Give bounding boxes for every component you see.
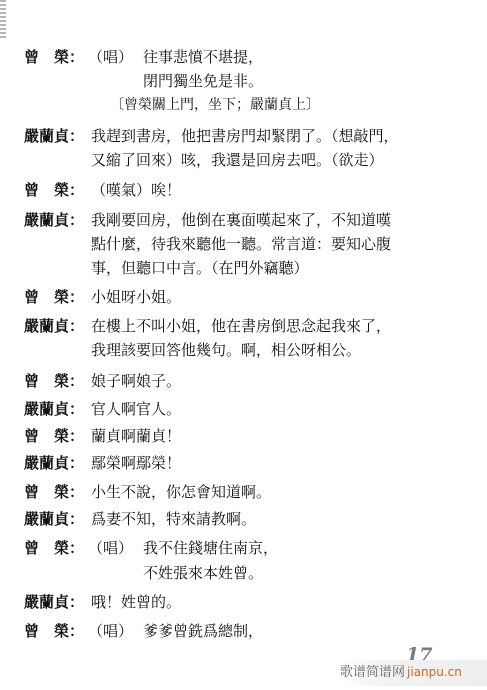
lyric-text: 不姓張來本姓曾。 — [143, 561, 263, 585]
sung-cue: （唱） — [88, 45, 133, 69]
watermark-site-name: 歌谱简谱网 — [340, 665, 405, 680]
sung-cue: （唱） — [88, 536, 133, 560]
dialogue-text: 小生不說，你怎會知道啊。 — [91, 480, 271, 504]
speaker-label: 曾 榮： — [24, 45, 90, 69]
speaker-label: 嚴蘭貞： — [24, 590, 90, 614]
dialogue-text: 鄢榮啊鄢榮！ — [91, 451, 181, 475]
site-watermark: 歌谱简谱网jianpu.cn — [340, 660, 487, 686]
scan-edge-mark — [0, 0, 6, 38]
dialogue-text: 小姐呀小姐。 — [91, 285, 181, 309]
dialogue-text: 我趕到書房，他把書房門却緊閉了。（想敲門， — [91, 124, 399, 148]
sung-cue: （唱） — [88, 619, 133, 643]
speaker-label: 嚴蘭貞： — [24, 124, 90, 148]
speaker-label: 嚴蘭貞： — [24, 208, 90, 232]
dialogue-text: 哦！姓曾的。 — [91, 590, 181, 614]
lyric-text: 爹爹曾銑爲總制， — [143, 619, 263, 643]
watermark-url: jianpu.cn — [407, 665, 462, 679]
dialogue-text: （嘆氣）唉！ — [91, 178, 181, 202]
lyric-text: 我不住錢塘住南京， — [143, 536, 278, 560]
dialogue-text: 事，但聽口中言。（在門外竊聽） — [91, 256, 309, 280]
speaker-label: 曾 榮： — [24, 285, 90, 309]
dialogue-text: 官人啊官人。 — [91, 397, 181, 421]
lyric-text: 閉門獨坐免是非。 — [143, 69, 263, 93]
dialogue-text: 在樓上不叫小姐，他在書房倒思念起我來了， — [91, 314, 391, 338]
speaker-label: 嚴蘭貞： — [24, 314, 90, 338]
speaker-label: 嚴蘭貞： — [24, 451, 90, 475]
speaker-label: 曾 榮： — [24, 619, 90, 643]
dialogue-text: 娘子啊娘子。 — [91, 369, 181, 393]
speaker-label: 曾 榮： — [24, 536, 90, 560]
dialogue-text: 我剛要回房，他倒在裏面嘆起來了，不知道嘆 — [91, 208, 391, 232]
dialogue-text: 我理該要回答他幾句。啊，相公呀相公。 — [91, 338, 361, 362]
speaker-label: 曾 榮： — [24, 480, 90, 504]
stage-direction-text: 〔曾榮關上門，坐下；嚴蘭貞上〕 — [110, 93, 320, 117]
speaker-label: 曾 榮： — [24, 369, 90, 393]
dialogue-text: 蘭貞啊蘭貞！ — [91, 424, 181, 448]
speaker-label: 嚴蘭貞： — [24, 397, 90, 421]
speaker-label: 嚴蘭貞： — [24, 507, 90, 531]
dialogue-text: 點什麼，待我來聽他一聽。常言道：要知心腹 — [91, 232, 391, 256]
lyric-text: 往事悲憤不堪提， — [143, 45, 263, 69]
dialogue-text: 又縮了回來）咳，我還是回房去吧。（欲走） — [91, 148, 384, 172]
speaker-label: 曾 榮： — [24, 178, 90, 202]
dialogue-text: 爲妻不知，特來請教啊。 — [91, 507, 256, 531]
speaker-label: 曾 榮： — [24, 424, 90, 448]
